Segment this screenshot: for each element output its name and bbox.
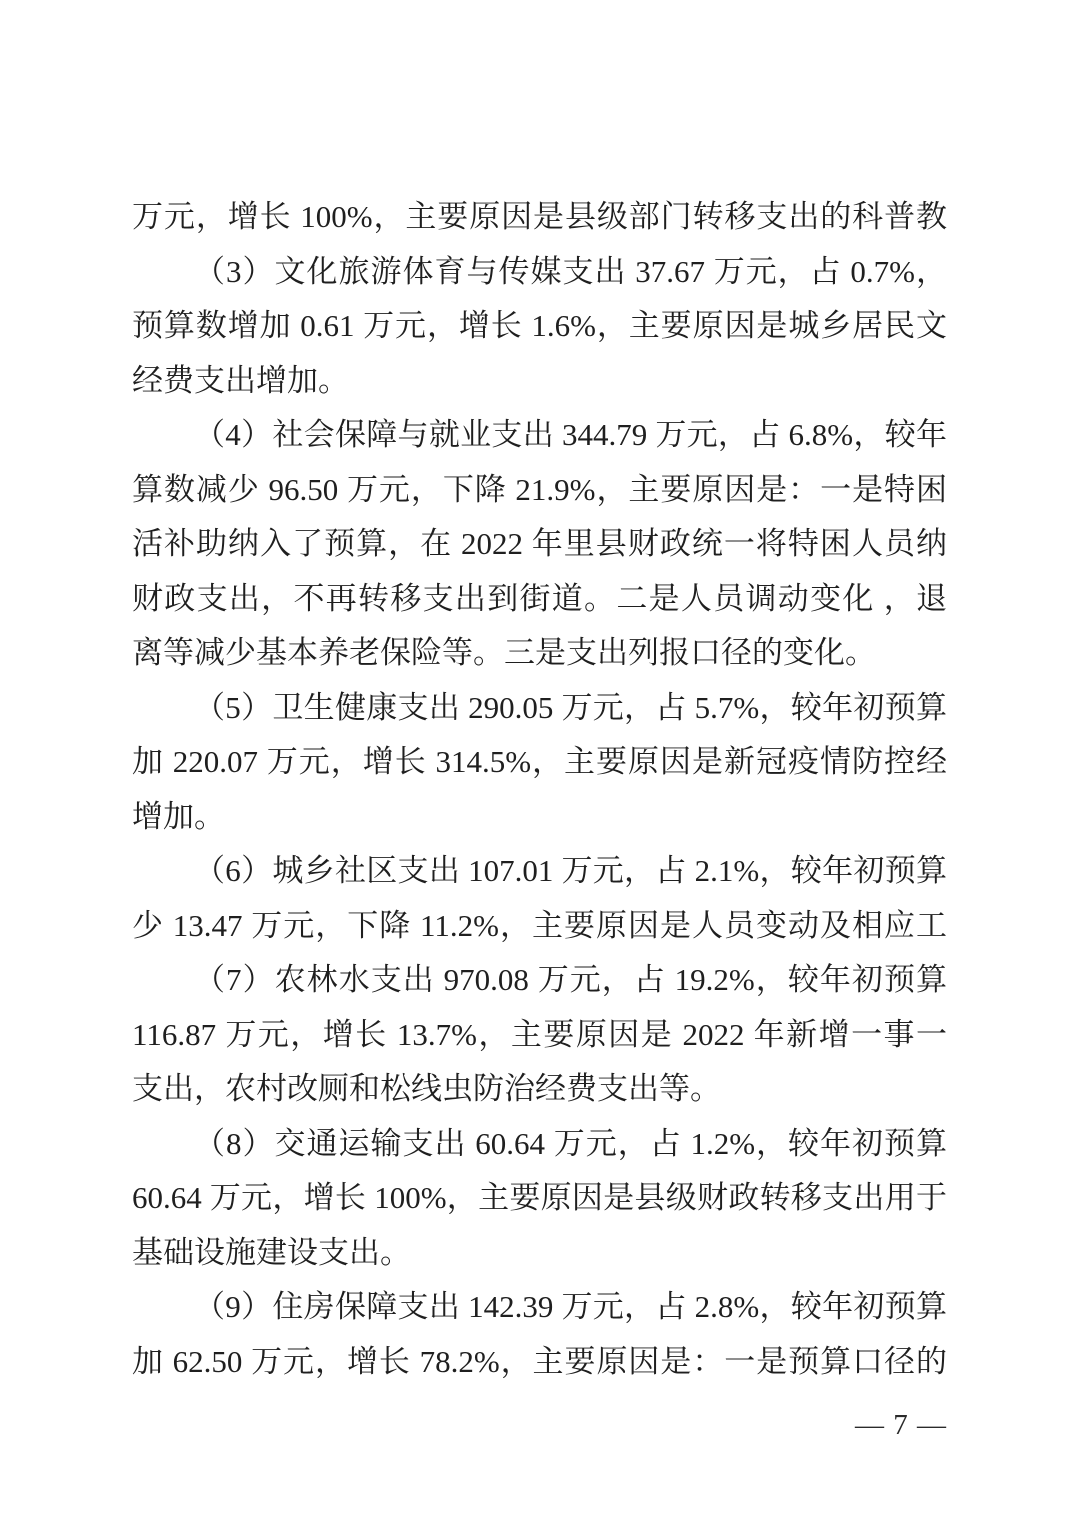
text-line: 财政支出，不再转移支出到街道。二是人员调动变化 ，退休、调 (132, 572, 947, 627)
body-text: 万元，增长 100%，主要原因是县级部门转移支出的科普教育经费。 （3）文化旅游… (132, 190, 947, 1389)
text-line-paragraph-end: 离等减少基本养老保险等。三是支出列报口径的变化。 (132, 626, 947, 681)
text-line-paragraph-end: 支出，农村改厕和松线虫防治经费支出等。 (132, 1062, 947, 1117)
text-line: 60.64 万元，增长 100%，主要原因是县级财政转移支出用于公路 (132, 1171, 947, 1226)
text-line-paragraph-start: （3）文化旅游体育与传媒支出 37.67 万元，占 0.7%，较年初 (132, 245, 947, 300)
text-line: 活补助纳入了预算，在 2022 年里县财政统一将特困人员纳入县级 (132, 517, 947, 572)
text-line: 加 220.07 万元，增长 314.5%，主要原因是新冠疫情防控经费支出 (132, 735, 947, 790)
text-line-paragraph-start: （9）住房保障支出 142.39 万元，占 2.8%，较年初预算数增 (132, 1280, 947, 1335)
text-line-paragraph-end: 基础设施建设支出。 (132, 1226, 947, 1281)
document-page: 万元，增长 100%，主要原因是县级部门转移支出的科普教育经费。 （3）文化旅游… (0, 0, 1074, 1520)
text-line-paragraph-start: （6）城乡社区支出 107.01 万元，占 2.1%，较年初预算数减 (132, 844, 947, 899)
page-number: — 7 — (855, 1404, 947, 1446)
text-line: 加 62.50 万元，增长 78.2%，主要原因是：一是预算口径的变化和 (132, 1335, 947, 1390)
text-line-paragraph-start: （8）交通运输支出 60.64 万元，占 1.2%，较年初预算数增加 (132, 1117, 947, 1172)
text-line: 少 13.47 万元，下降 11.2%，主要原因是人员变动及相应工资变化。 (132, 899, 947, 954)
text-line: 算数减少 96.50 万元，下降 21.9%，主要原因是：一是特困人员生 (132, 463, 947, 518)
text-line: 116.87 万元，增长 13.7%，主要原因是 2022 年新增一事一议经费 (132, 1008, 947, 1063)
text-line-paragraph-start: （7）农林水支出 970.08 万元，占 19.2%，较年初预算数增加 (132, 953, 947, 1008)
text-line-paragraph-end: 增加。 (132, 790, 947, 845)
text-line-paragraph-end: 经费支出增加。 (132, 354, 947, 409)
text-line: 预算数增加 0.61 万元，增长 1.6%，主要原因是城乡居民文化活动 (132, 299, 947, 354)
text-line: 万元，增长 100%，主要原因是县级部门转移支出的科普教育经费。 (132, 190, 947, 245)
text-line-paragraph-start: （5）卫生健康支出 290.05 万元，占 5.7%，较年初预算数增 (132, 681, 947, 736)
text-line-paragraph-start: （4）社会保障与就业支出 344.79 万元，占 6.8%，较年初预 (132, 408, 947, 463)
